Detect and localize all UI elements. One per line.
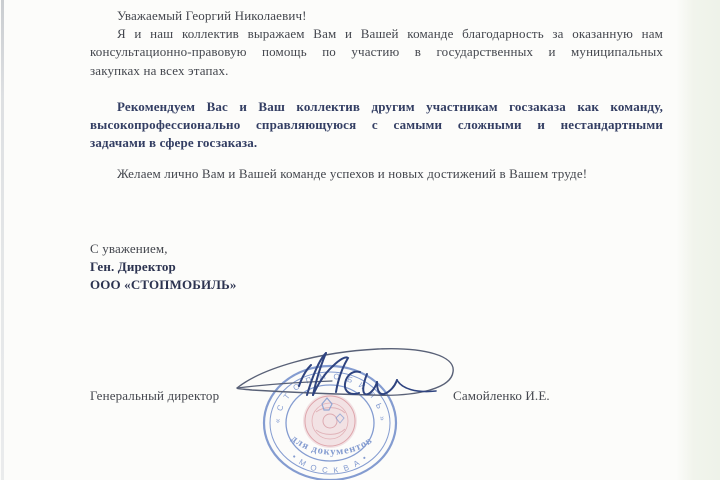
closing-company: ООО «СТОПМОБИЛЬ» [90, 276, 236, 294]
paragraph2-line2: высокопрофессионально справляющуюся с са… [90, 116, 663, 134]
paragraph3-line: Желаем лично Вам и Вашей команде успехов… [90, 165, 663, 183]
company-stamp: « С Т О П М О Б И Л Ь » • М О С К В А • … [264, 366, 396, 480]
closing-title: Ген. Директор [90, 258, 236, 276]
svg-text:для документов: для документов [289, 433, 375, 458]
signature-row: Генеральный директор Самойленко И.Е. [0, 387, 720, 405]
letter-body: Уважаемый Георгий Николаевич! Я и наш ко… [90, 7, 663, 184]
scan-edge-artifact-left [1, 0, 4, 480]
scan-edge-artifact-right [676, 0, 720, 480]
paragraph1-line3: закупках на всех этапах. [90, 62, 663, 80]
paragraph2-line3: задачами в сфере госзаказа. [90, 134, 663, 152]
paragraph2-line1: Рекомендуем Вас и Ваш коллектив другим у… [90, 98, 663, 116]
closing-block: С уважением, Ген. Директор ООО «СТОПМОБИ… [90, 240, 236, 295]
salutation-line: Уважаемый Георгий Николаевич! [90, 7, 663, 25]
paragraph1-line2: консультационно-правовую помощь по участ… [90, 43, 663, 61]
signatory-name: Самойленко И.Е. [453, 387, 550, 405]
signature-left-label: Генеральный директор [90, 387, 219, 405]
paragraph1-line1: Я и наш коллектив выражаем Вам и Вашей к… [90, 25, 663, 43]
closing-regards: С уважением, [90, 240, 236, 258]
stamp-inner-text: для документов [289, 433, 375, 458]
svg-text:• М О С К В А •: • М О С К В А • [290, 452, 370, 475]
stamp-ring-text-bottom: • М О С К В А • [290, 452, 370, 475]
scanned-letter-page: Уважаемый Георгий Николаевич! Я и наш ко… [0, 0, 720, 480]
